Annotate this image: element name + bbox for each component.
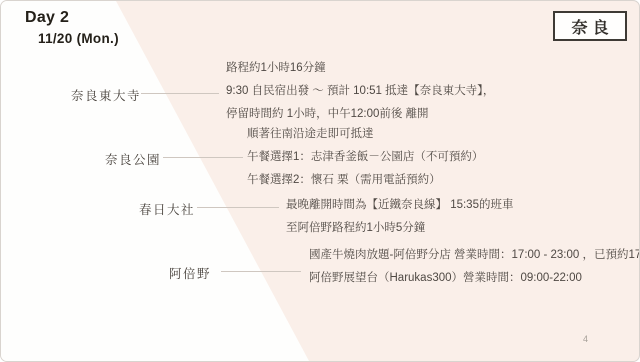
connector-line [141, 93, 219, 94]
detail-line: 順著往南沿途走即可抵達 [247, 123, 483, 146]
detail-line: 午餐選擇1：志津香釜飯－公園店（不可預約） [247, 146, 483, 169]
detail-line: 午餐選擇2：懷石 栗（需用電話預約） [247, 169, 483, 192]
section-label: 春日大社 [139, 200, 195, 218]
section-details: 最晚離開時間為【近鐵奈良線】 15:35的班車 至阿倍野路程約1小時5分鐘 [286, 194, 513, 240]
section-details: 順著往南沿途走即可抵達 午餐選擇1：志津香釜飯－公園店（不可預約） 午餐選擇2：… [247, 123, 483, 192]
section-details: 國產牛燒肉放題-阿倍野分店 營業時間：17:00 - 23:00 ，已預約17:… [309, 244, 640, 290]
connector-line [197, 207, 279, 208]
section-details: 路程約1小時16分鐘 9:30 自民宿出發 ～ 預計 10:51 抵達【奈良東大… [226, 57, 494, 126]
date-subtitle: 11/20 (Mon.) [38, 31, 119, 46]
detail-line: 至阿倍野路程約1小時5分鐘 [286, 217, 513, 240]
section-label: 阿倍野 [169, 264, 211, 282]
connector-line [221, 271, 301, 272]
detail-line: 阿倍野展望台（Harukas300）營業時間：09:00-22:00 [309, 267, 640, 290]
location-badge: 奈良 [553, 11, 627, 41]
day-title: Day 2 [25, 9, 69, 27]
page-number: 4 [583, 334, 588, 344]
itinerary-slide: Day 2 11/20 (Mon.) 奈良 奈良東大寺 路程約1小時16分鐘 9… [0, 0, 640, 362]
section-label: 奈良公園 [105, 150, 161, 168]
connector-line [163, 157, 243, 158]
detail-line: 最晚離開時間為【近鐵奈良線】 15:35的班車 [286, 194, 513, 217]
detail-line: 國產牛燒肉放題-阿倍野分店 營業時間：17:00 - 23:00 ，已預約17:… [309, 244, 640, 267]
detail-line: 路程約1小時16分鐘 [226, 57, 494, 80]
section-label: 奈良東大寺 [71, 86, 141, 104]
detail-line: 9:30 自民宿出發 ～ 預計 10:51 抵達【奈良東大寺】， [226, 80, 494, 103]
